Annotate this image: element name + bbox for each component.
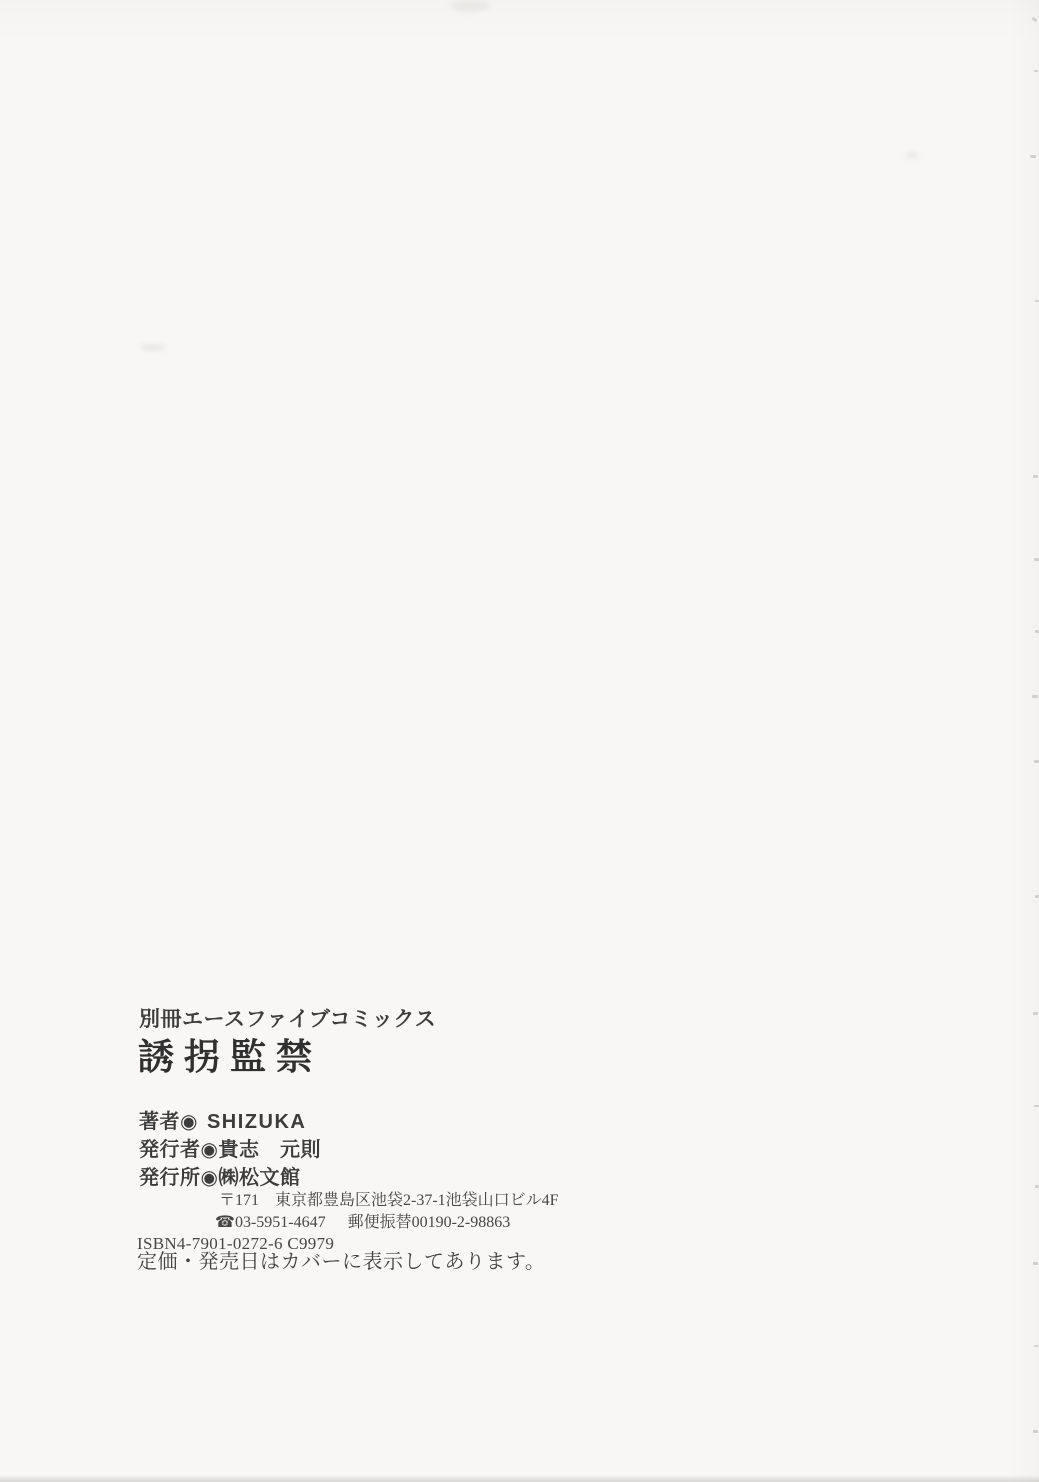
scan-speck [1032,695,1038,698]
scan-speck [1034,558,1039,561]
scan-speck [1033,1262,1038,1265]
scan-speck [1034,1345,1038,1347]
scan-speck [1033,1430,1038,1433]
credit-row-publisher-person: 発行者◉貴志 元則 [139,1140,321,1160]
scan-speck [1032,17,1038,22]
page-bottom-edge [0,1475,1039,1482]
scan-speck [1033,1012,1038,1015]
book-title: 誘拐監禁 [138,1039,322,1075]
bullseye-icon: ◉ [201,1167,219,1189]
paper-smudge [140,344,166,351]
scan-speck [1033,475,1038,478]
phone-line: ☎03-5951-4647郵便振替00190-2-98863 [215,1215,510,1231]
scan-speck [1034,1105,1039,1107]
scan-speck [1034,70,1038,72]
scan-speck [1030,155,1036,158]
paper-smudge [905,152,919,158]
scan-speck [1034,760,1039,763]
bullseye-icon: ◉ [201,1139,219,1161]
publisher-person-label: 発行者 [139,1139,201,1161]
publisher-company-name: ㈱松文館 [218,1167,300,1189]
scan-speck [1035,895,1039,898]
credit-row-author: 著者◉SHIZUKA [139,1112,306,1132]
scan-speck [1035,1185,1039,1188]
colophon-page: 別冊エースファイブコミックス 誘拐監禁 著者◉SHIZUKA 発行者◉貴志 元則… [0,0,1039,1482]
bullseye-icon: ◉ [180,1111,198,1133]
postal-transfer-account: 郵便振替00190-2-98863 [348,1214,511,1231]
price-note: 定価・発売日はカバーに表示してあります。 [137,1252,545,1272]
series-name: 別冊エースファイブコミックス [139,1009,436,1030]
paper-smudge [450,0,490,12]
author-name: SHIZUKA [207,1111,306,1133]
publisher-address: 〒171 東京都豊島区池袋2-37-1池袋山口ビル4F [219,1193,559,1209]
scan-speck [1035,630,1039,633]
scan-speck [1035,300,1039,302]
phone-icon: ☎ [215,1214,235,1231]
author-label: 著者 [139,1111,180,1133]
publisher-company-label: 発行所 [139,1167,201,1189]
isbn-line: ISBN4-7901-0272-6 C9979 [137,1235,334,1252]
phone-number: 03-5951-4647 [235,1214,326,1231]
credit-row-publisher-company: 発行所◉㈱松文館 [139,1168,300,1188]
publisher-person-name: 貴志 元則 [218,1139,321,1161]
